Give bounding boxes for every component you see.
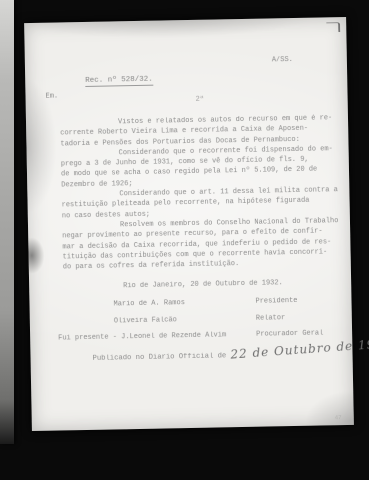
publication-stamp: Publicado no Diario Official de 22 de Ou… bbox=[92, 343, 369, 363]
signer-role: Procurador Geral bbox=[256, 329, 323, 338]
reference-initials: A/SS. bbox=[272, 56, 293, 64]
signer-name: Oliveira Falcão bbox=[114, 316, 177, 325]
signer-role: Presidente bbox=[255, 297, 297, 306]
signature-row-president: Mario de A. Ramos Presidente bbox=[29, 296, 351, 302]
signature-row-relator: Oliveira Falcão Relator bbox=[30, 313, 352, 319]
scanned-document-photo: 7 A/SS. Rec. nº 528/32. Em. 2ª Vistos e … bbox=[0, 0, 369, 480]
signer-name: Mario de A. Ramos bbox=[113, 299, 185, 308]
stamp-text: Publicado no Diario Official de bbox=[92, 352, 226, 363]
em-label: Em. bbox=[45, 92, 58, 100]
scanner-edge-strip bbox=[0, 0, 14, 444]
page-foot-mark: 47 bbox=[334, 414, 341, 421]
signature-row-procurador: Fui presente - J.Leonel de Rezende Alvim… bbox=[30, 329, 352, 335]
case-number: Rec. nº 528/32. bbox=[85, 76, 153, 87]
signer-name: Fui presente - J.Leonel de Rezende Alvim bbox=[58, 331, 226, 342]
section-mark: 2ª bbox=[196, 96, 205, 104]
document-body: Vistos e relatados os autos do recurso e… bbox=[60, 113, 339, 273]
signer-role: Relator bbox=[256, 314, 286, 323]
document-page: A/SS. Rec. nº 528/32. Em. 2ª Vistos e re… bbox=[24, 17, 354, 431]
dateline: Rio de Janeiro, 20 de Outubro de 1932. bbox=[123, 279, 283, 290]
corner-crease bbox=[326, 22, 340, 32]
handwritten-publication-date: 22 de Outubro de 1932. bbox=[230, 336, 369, 362]
